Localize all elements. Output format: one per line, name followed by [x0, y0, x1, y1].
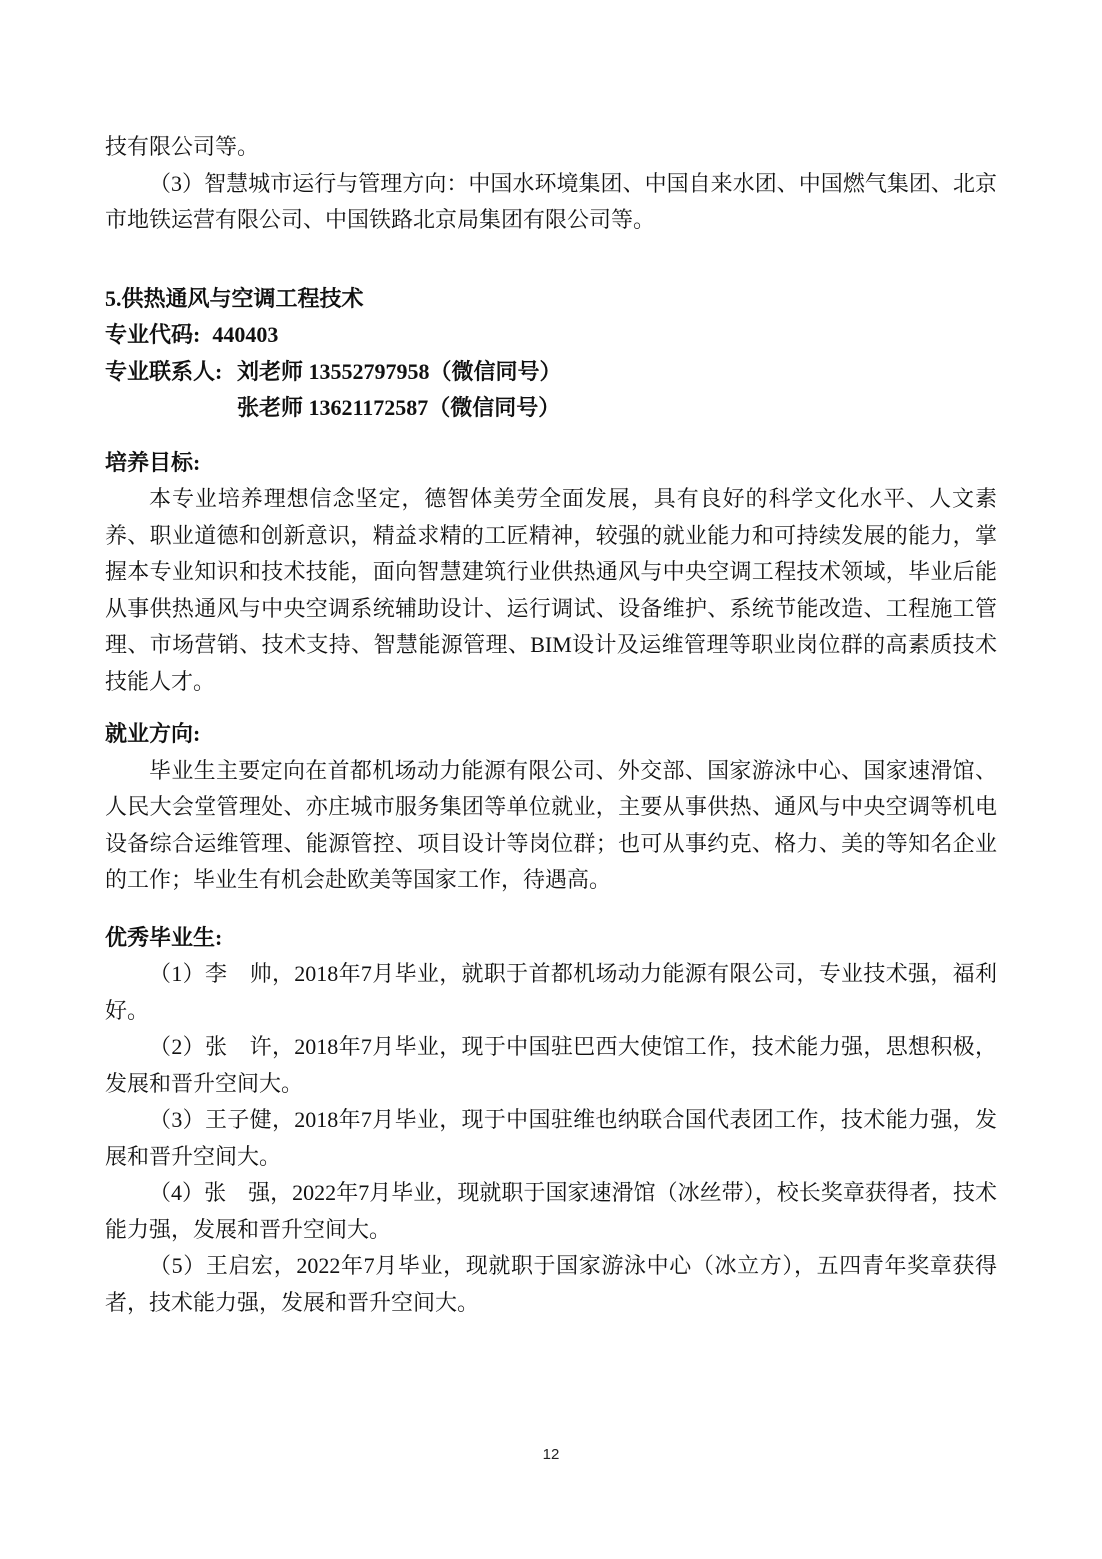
major-contacts: 专业联系人: 刘老师 13552797958（微信同号） 张老师 1362117… — [105, 354, 997, 427]
training-goal-body: 本专业培养理想信念坚定，德智体美劳全面发展，具有良好的科学文化水平、人文素养、职… — [105, 481, 997, 700]
graduate-item: （2）张 许，2018年7月毕业，现于中国驻巴西大使馆工作，技术能力强，思想积极… — [105, 1029, 997, 1102]
training-goal-heading: 培养目标: — [105, 445, 997, 482]
major-code-value: 440403 — [212, 322, 278, 347]
major-title: 5.供热通风与空调工程技术 — [105, 281, 997, 318]
paragraph-direction-3: （3）智慧城市运行与管理方向：中国水环境集团、中国自来水团、中国燃气集团、北京市… — [105, 166, 997, 239]
graduate-item: （4）张 强，2022年7月毕业，现就职于国家速滑馆（冰丝带），校长奖章获得者，… — [105, 1175, 997, 1248]
graduate-item: （5）王启宏，2022年7月毕业，现就职于国家游泳中心（冰立方），五四青年奖章获… — [105, 1248, 997, 1321]
contact-line-1: 刘老师 13552797958（微信同号） — [237, 354, 997, 391]
major-code-label: 专业代码: — [105, 322, 200, 347]
employment-heading: 就业方向: — [105, 716, 997, 753]
document-page: 技有限公司等。 （3）智慧城市运行与管理方向：中国水环境集团、中国自来水团、中国… — [0, 0, 1102, 1559]
paragraph-continuation-tail: 技有限公司等。 — [105, 129, 997, 166]
contact-lines: 刘老师 13552797958（微信同号） 张老师 13621172587（微信… — [237, 354, 997, 427]
page-number: 12 — [0, 1445, 1102, 1465]
graduate-item: （1）李 帅，2018年7月毕业，就职于首都机场动力能源有限公司，专业技术强，福… — [105, 956, 997, 1029]
major-code-line: 专业代码:440403 — [105, 317, 997, 354]
contact-line-2: 张老师 13621172587（微信同号） — [237, 390, 997, 427]
graduate-item: （3）王子健，2018年7月毕业，现于中国驻维也纳联合国代表团工作，技术能力强，… — [105, 1102, 997, 1175]
graduates-heading: 优秀毕业生: — [105, 920, 997, 957]
contact-label: 专业联系人: — [105, 354, 237, 427]
employment-body: 毕业生主要定向在首都机场动力能源有限公司、外交部、国家游泳中心、国家速滑馆、人民… — [105, 753, 997, 899]
